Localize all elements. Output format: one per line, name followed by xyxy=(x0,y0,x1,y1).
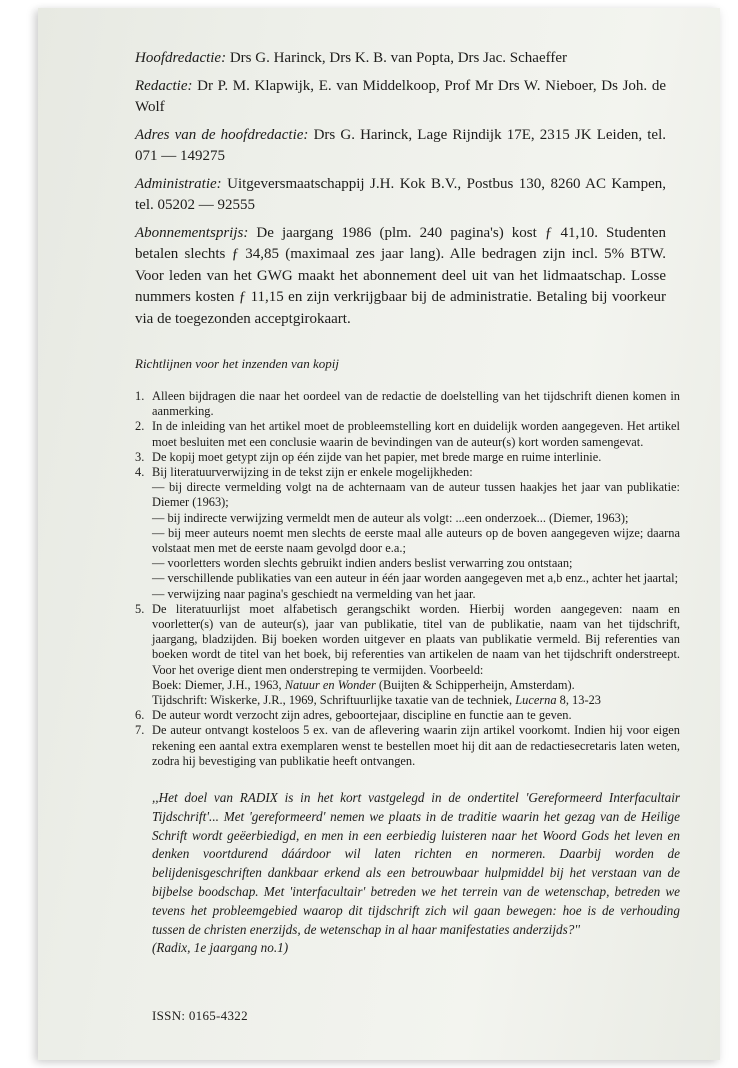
journal-title: Lucerna xyxy=(515,693,556,707)
book-example-pre: Boek: Diemer, J.H., 1963, xyxy=(152,678,285,692)
quote-text: ,,Het doel van RADIX is in het kort vast… xyxy=(152,789,680,939)
guideline-item-1: 1. Alleen bijdragen die naar het oordeel… xyxy=(135,389,680,419)
guidelines-heading: Richtlijnen voor het inzenden van kopij xyxy=(135,356,680,372)
guidelines-list: 1. Alleen bijdragen die naar het oordeel… xyxy=(135,389,680,769)
item-subitem: — voorletters worden slechts gebruikt in… xyxy=(152,556,680,571)
item-text: De auteur wordt verzocht zijn adres, geb… xyxy=(152,708,680,723)
guideline-item-6: 6. De auteur wordt verzocht zijn adres, … xyxy=(135,708,680,723)
item-number: 3. xyxy=(135,450,152,465)
item-subitem: — bij indirecte verwijzing vermeldt men … xyxy=(152,511,680,526)
page-content: Hoofdredactie: Drs G. Harinck, Drs K. B.… xyxy=(135,48,680,1024)
quote-attribution: (Radix, 1e jaargang no.1) xyxy=(152,939,680,958)
journal-example: Tijdschrift: Wiskerke, J.R., 1969, Schri… xyxy=(152,693,680,708)
item-number: 5. xyxy=(135,602,152,708)
scanned-page: Hoofdredactie: Drs G. Harinck, Drs K. B.… xyxy=(38,8,720,1060)
entry-text: Dr P. M. Klapwijk, E. van Middelkoop, Pr… xyxy=(135,78,666,116)
item-subitem: — bij directe vermelding volgt na de ach… xyxy=(152,480,680,510)
item-number: 2. xyxy=(135,419,152,449)
journal-example-pre: Tijdschrift: Wiskerke, J.R., 1969, Schri… xyxy=(152,693,515,707)
entry-label: Hoofdredactie: xyxy=(135,50,226,66)
item-text: In de inleiding van het artikel moet de … xyxy=(152,419,680,449)
item-number: 6. xyxy=(135,708,152,723)
issn-line: ISSN: 0165-4322 xyxy=(152,1008,680,1024)
masthead-section: Hoofdredactie: Drs G. Harinck, Drs K. B.… xyxy=(135,48,666,330)
item-text: Alleen bijdragen die naar het oordeel va… xyxy=(152,389,680,419)
entry-label: Redactie: xyxy=(135,78,192,94)
item-body: Bij literatuurverwijzing in de tekst zij… xyxy=(152,465,680,602)
item-text: De literatuurlijst moet alfabetisch gera… xyxy=(152,602,680,678)
item-body: De literatuurlijst moet alfabetisch gera… xyxy=(152,602,680,708)
journal-example-post: 8, 13-23 xyxy=(557,693,601,707)
item-subitem: — bij meer auteurs noemt men slechts de … xyxy=(152,526,680,556)
entry-label: Abonnementsprijs: xyxy=(135,225,248,241)
masthead-entry-administratie: Administratie: Uitgeversmaatschappij J.H… xyxy=(135,174,666,217)
item-number: 1. xyxy=(135,389,152,419)
item-subitem: — verschillende publikaties van een aute… xyxy=(152,571,680,586)
entry-label: Administratie: xyxy=(135,176,222,192)
item-text: Bij literatuurverwijzing in de tekst zij… xyxy=(152,465,680,480)
masthead-entry-hoofdredactie: Hoofdredactie: Drs G. Harinck, Drs K. B.… xyxy=(135,48,666,70)
guideline-item-2: 2. In de inleiding van het artikel moet … xyxy=(135,419,680,449)
item-number: 7. xyxy=(135,723,152,769)
item-text: De kopij moet getypt zijn op één zijde v… xyxy=(152,450,680,465)
guideline-item-5: 5. De literatuurlijst moet alfabetisch g… xyxy=(135,602,680,708)
entry-text: Drs G. Harinck, Drs K. B. van Popta, Drs… xyxy=(230,50,567,66)
book-example: Boek: Diemer, J.H., 1963, Natuur en Wond… xyxy=(152,678,680,693)
mission-quote: ,,Het doel van RADIX is in het kort vast… xyxy=(152,789,680,958)
guideline-item-4: 4. Bij literatuurverwijzing in de tekst … xyxy=(135,465,680,602)
item-text: De auteur ontvangt kosteloos 5 ex. van d… xyxy=(152,723,680,769)
item-number: 4. xyxy=(135,465,152,602)
book-title: Natuur en Wonder xyxy=(285,678,376,692)
item-subitem: — verwijzing naar pagina's geschiedt na … xyxy=(152,587,680,602)
entry-label: Adres van de hoofdredactie: xyxy=(135,127,308,143)
masthead-entry-abonnementsprijs: Abonnementsprijs: De jaargang 1986 (plm.… xyxy=(135,223,666,331)
masthead-entry-adres: Adres van de hoofdredactie: Drs G. Harin… xyxy=(135,125,666,168)
guideline-item-3: 3. De kopij moet getypt zijn op één zijd… xyxy=(135,450,680,465)
book-example-post: (Buijten & Schipperheijn, Amsterdam). xyxy=(376,678,575,692)
masthead-entry-redactie: Redactie: Dr P. M. Klapwijk, E. van Midd… xyxy=(135,76,666,119)
guideline-item-7: 7. De auteur ontvangt kosteloos 5 ex. va… xyxy=(135,723,680,769)
